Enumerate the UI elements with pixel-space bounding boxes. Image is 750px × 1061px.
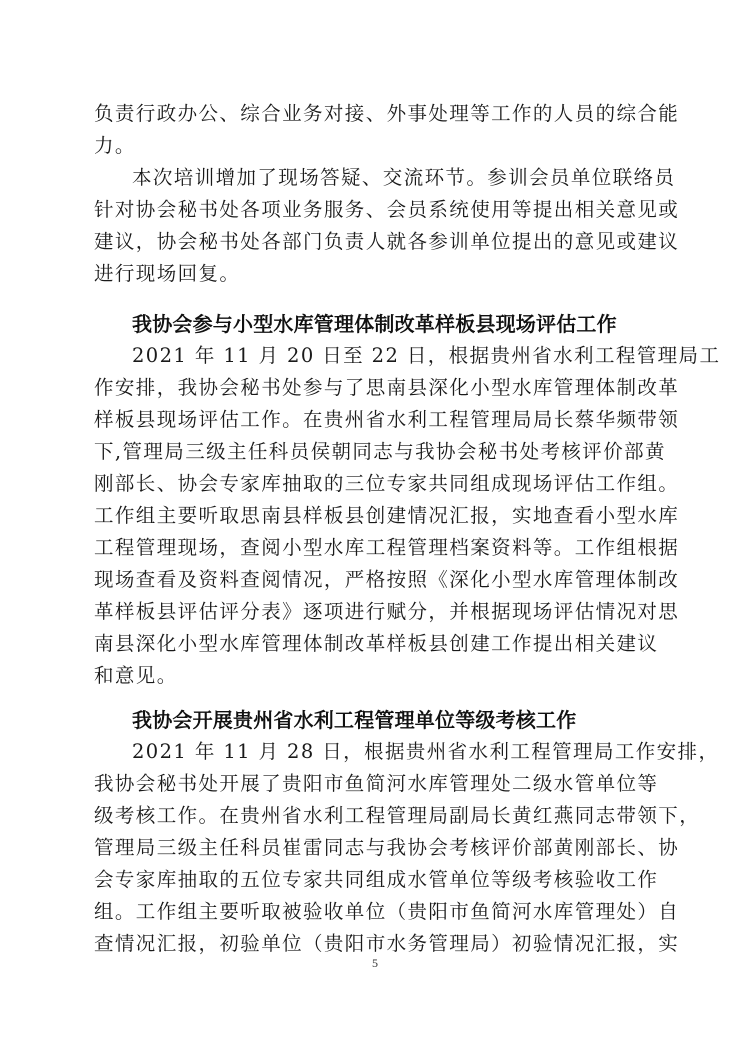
section-heading: 我协会开展贵州省水利工程管理单位等级考核工作 xyxy=(132,708,576,732)
body-line: 针对协会秘书处各项业务服务、会员系统使用等提出相关意见或 xyxy=(94,198,658,222)
body-line: 查情况汇报，初验单位（贵阳市水务管理局）初验情况汇报，实 xyxy=(94,932,658,956)
body-line: 下,管理局三级主任科员侯朝同志与我协会秘书处考核评价部黄 xyxy=(94,440,658,464)
body-line: 我协会秘书处开展了贵阳市鱼简河水库管理处二级水管单位等 xyxy=(94,772,658,796)
body-line: 会专家库抽取的五位专家共同组成水管单位等级考核验收工作 xyxy=(94,868,658,892)
body-line: 建议，协会秘书处各部门负责人就各参训单位提出的意见或建议 xyxy=(94,230,658,254)
body-line: 2021 年 11 月 20 日至 22 日，根据贵州省水利工程管理局工 xyxy=(132,344,658,368)
document-page: 负责行政办公、综合业务对接、外事处理等工作的人员的综合能 力。 本次培训增加了现… xyxy=(0,0,750,1061)
body-line: 级考核工作。在贵州省水利工程管理局副局长黄红燕同志带领下， xyxy=(94,804,658,828)
body-line: 南县深化小型水库管理体制改革样板县创建工作提出相关建议 xyxy=(94,632,658,656)
body-line: 样板县现场评估工作。在贵州省水利工程管理局局长蔡华频带领 xyxy=(94,408,658,432)
body-line: 力。 xyxy=(94,134,658,158)
body-line: 作安排，我协会秘书处参与了思南县深化小型水库管理体制改革 xyxy=(94,376,658,400)
page-number: 5 xyxy=(0,956,750,971)
body-line: 革样板县评估评分表》逐项进行赋分，并根据现场评估情况对思 xyxy=(94,600,658,624)
body-line: 进行现场回复。 xyxy=(94,262,658,286)
body-line: 工作组主要听取思南县样板县创建情况汇报，实地查看小型水库 xyxy=(94,504,658,528)
body-line: 工程管理现场，查阅小型水库工程管理档案资料等。工作组根据 xyxy=(94,536,658,560)
body-line: 管理局三级主任科员崔雷同志与我协会考核评价部黄刚部长、协 xyxy=(94,836,658,860)
section-heading: 我协会参与小型水库管理体制改革样板县现场评估工作 xyxy=(132,312,617,336)
body-line: 刚部长、协会专家库抽取的三位专家共同组成现场评估工作组。 xyxy=(94,472,658,496)
body-line: 和意见。 xyxy=(94,664,658,688)
body-line: 负责行政办公、综合业务对接、外事处理等工作的人员的综合能 xyxy=(94,102,658,126)
body-line: 本次培训增加了现场答疑、交流环节。参训会员单位联络员 xyxy=(132,166,658,190)
body-line: 组。工作组主要听取被验收单位（贵阳市鱼简河水库管理处）自 xyxy=(94,900,658,924)
body-line: 2021 年 11 月 28 日，根据贵州省水利工程管理局工作安排， xyxy=(132,740,658,764)
body-line: 现场查看及资料查阅情况，严格按照《深化小型水库管理体制改 xyxy=(94,568,658,592)
